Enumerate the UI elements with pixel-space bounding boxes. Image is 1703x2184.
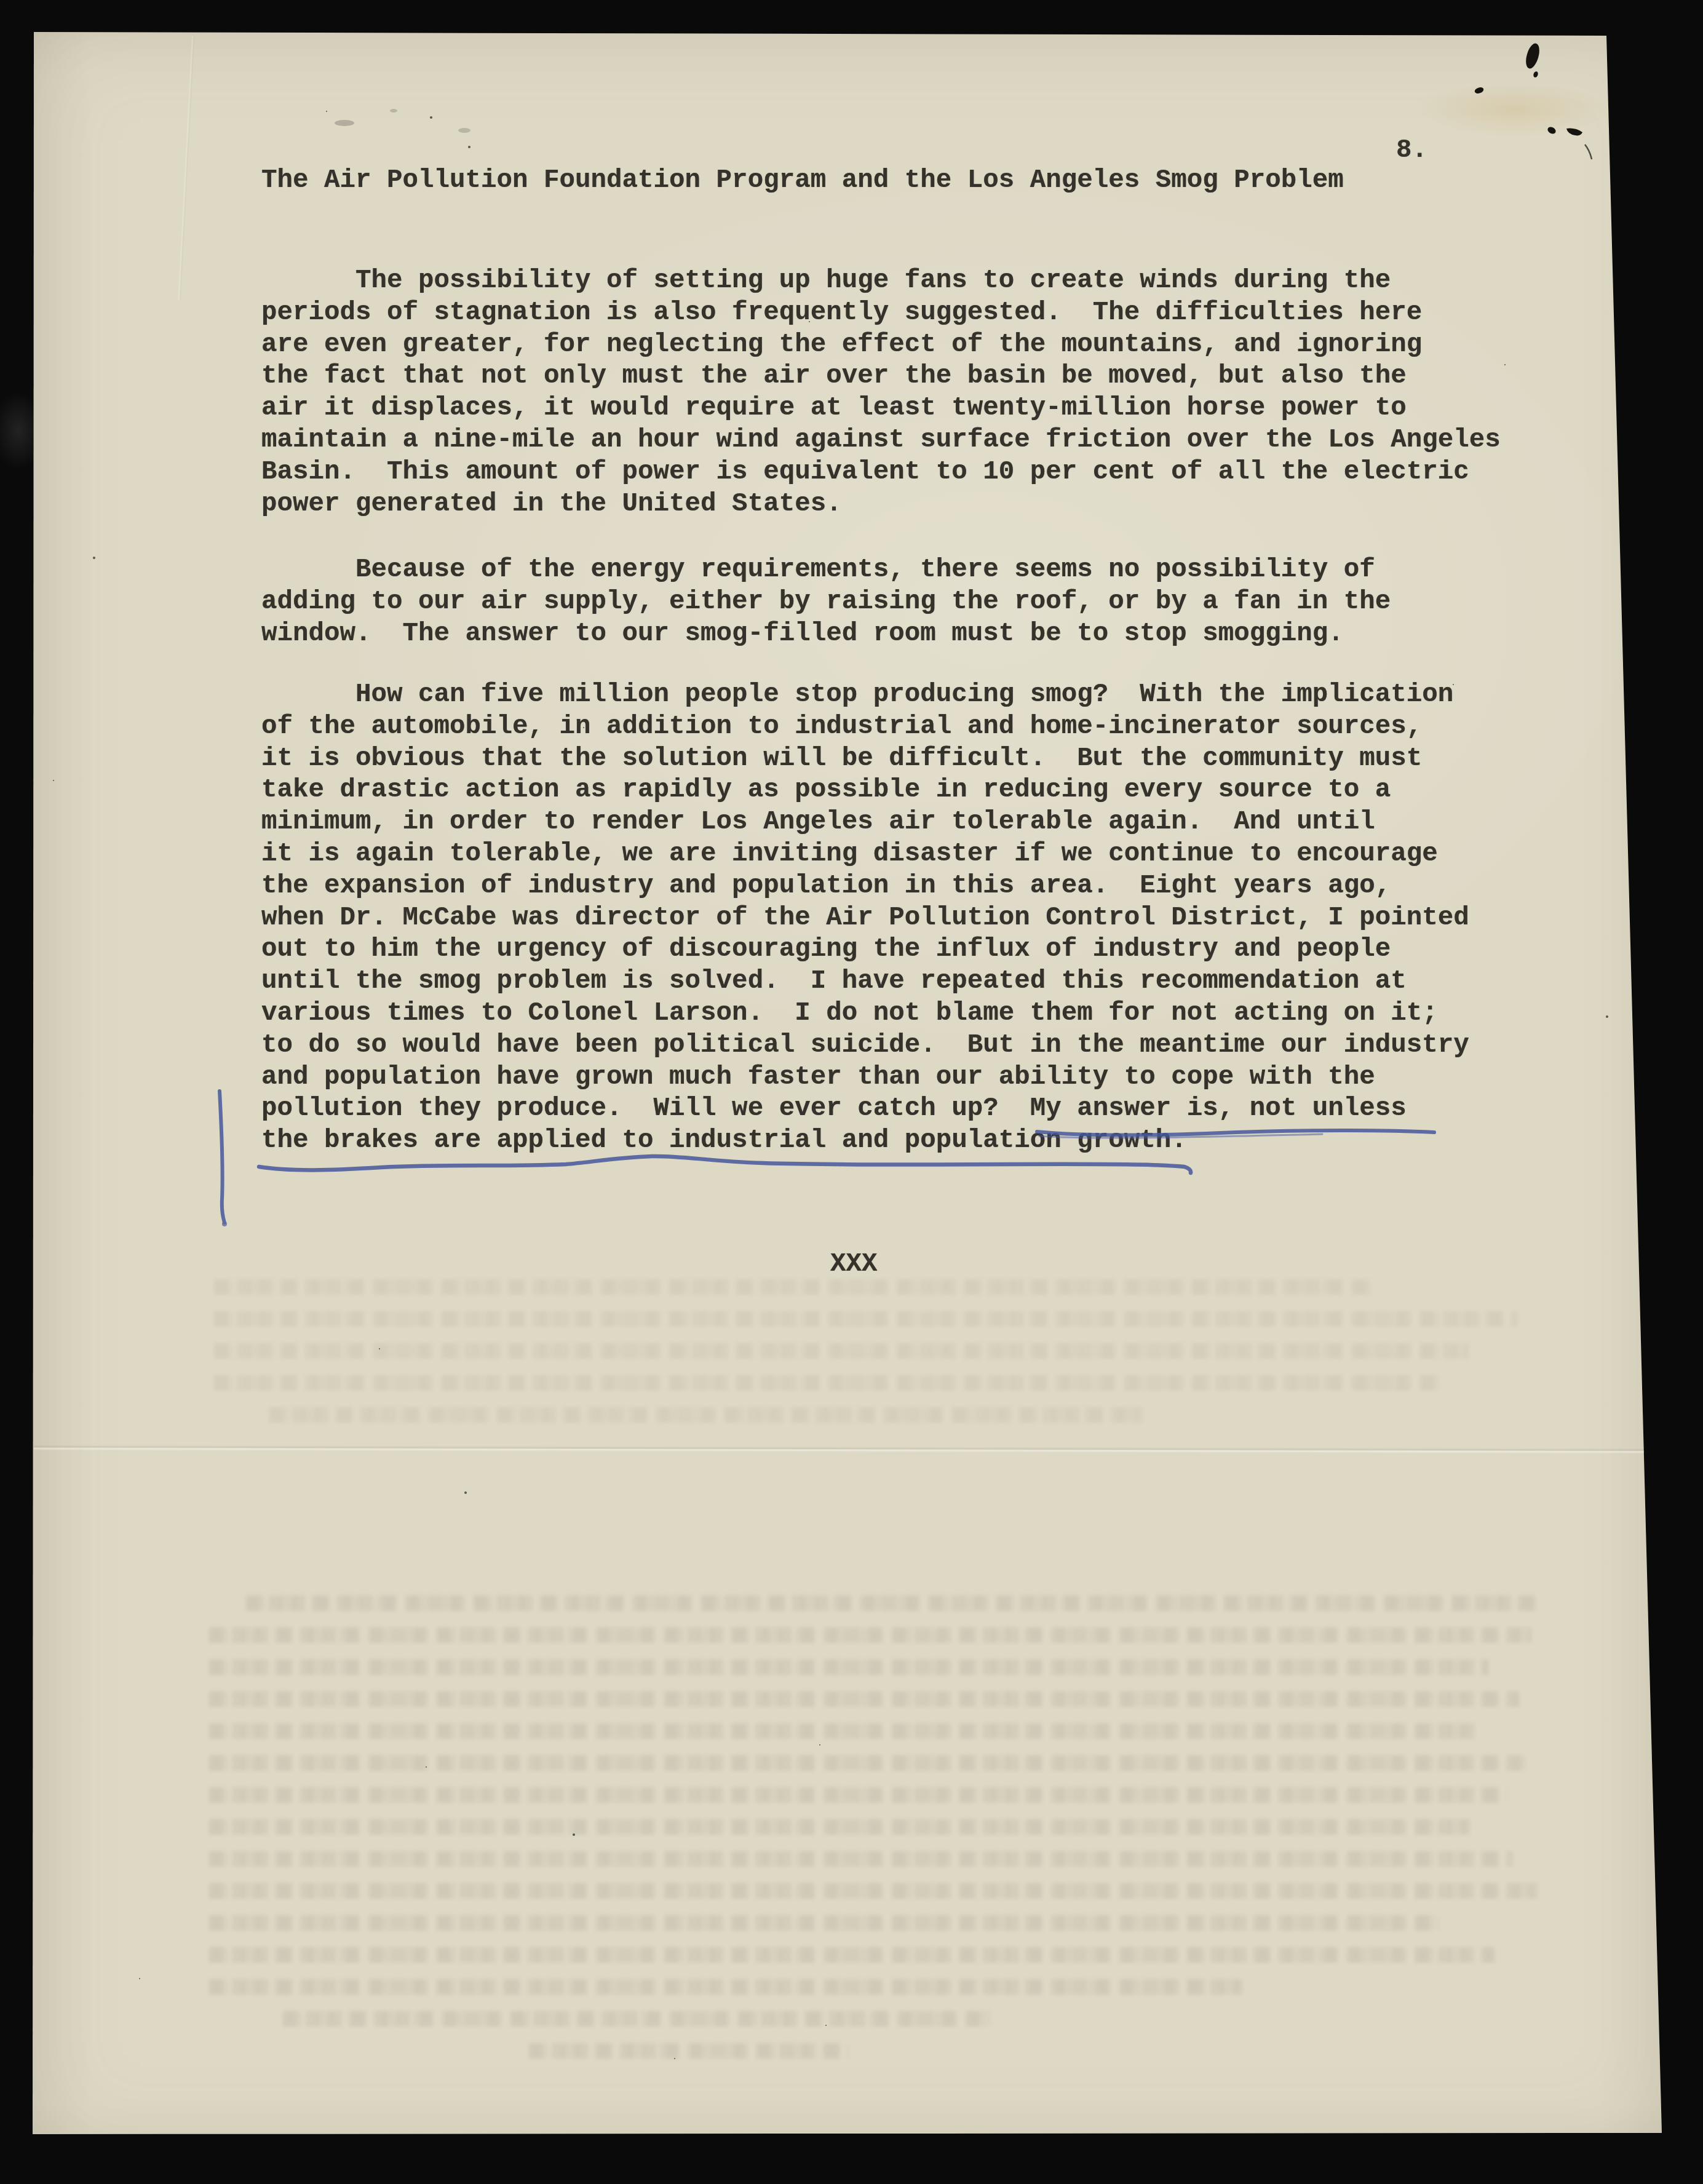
smudge (335, 120, 354, 126)
ink-fleck (1546, 125, 1557, 135)
ink-fleck (1474, 86, 1484, 94)
scanner-backing: 8. The Air Pollution Foundation Program … (0, 0, 1703, 2184)
ink-fleck (1566, 129, 1582, 136)
ink-scratch (1585, 145, 1592, 159)
smudge (458, 128, 470, 133)
annotation-layer (0, 0, 1703, 2184)
pen-margin-line-end-blot (222, 1221, 227, 1226)
pen-underline-phrase (1037, 1130, 1434, 1135)
ink-tick-mark (689, 17, 693, 28)
paper-sheet: 8. The Air Pollution Foundation Program … (0, 0, 1703, 2184)
ink-blot (1523, 42, 1542, 70)
smudge (390, 109, 397, 113)
pen-underline-last-line (259, 1156, 1191, 1173)
pen-margin-line (220, 1091, 224, 1223)
dust-specks (0, 0, 1, 1)
ink-blot (1533, 71, 1539, 78)
